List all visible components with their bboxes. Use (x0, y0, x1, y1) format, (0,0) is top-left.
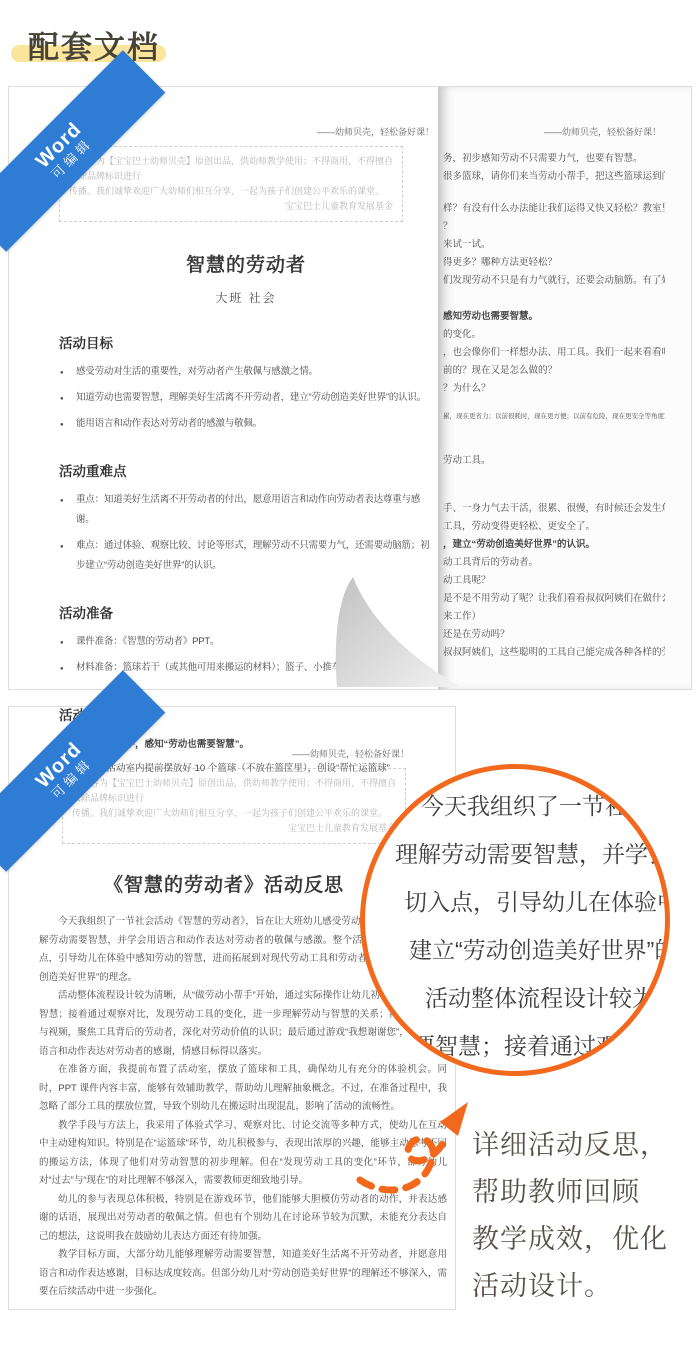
goals-list: 感受劳动对生活的重要性，对劳动者产生敬佩与感激之情。 知道劳动也需要智慧，理解美… (59, 362, 437, 434)
back-page-line: 感知劳动也需要智慧。 (443, 308, 665, 326)
magnifier-line: 切入点，引导幼儿在体验中感知劳动 (365, 878, 665, 926)
magnifier-circle: 今天我组织了一节社会活动 理解劳动需要智慧，并学会用语言 切入点，引导幼儿在体验… (360, 764, 670, 1076)
back-page-line: 前的？现在又是怎么做的？ (443, 362, 665, 380)
disclaimer-signature: 宝宝巴士儿童教育发展基金 (69, 199, 393, 214)
back-page-line: 来试一试。 (443, 236, 665, 254)
doodle-arrow-icon (348, 1072, 480, 1200)
list-item: 能用语言和动作表达对劳动者的感激与敬佩。 (59, 414, 437, 434)
disclaimer-line: 本内容为【宝宝巴士幼师贝壳】原创出品，供幼师教学使用；不得商用，不得擅自去除品牌… (72, 776, 396, 806)
back-page-line: 劳动工具。 (443, 452, 665, 470)
disclaimer-box: 本内容为【宝宝巴士幼师贝壳】原创出品，供幼师教学使用；不得商用，不得擅自去除品牌… (62, 768, 406, 844)
list-item: 难点：通过体验、观察比较、讨论等形式，理解劳动不只需要力气，还需要动脑筋；初步建… (59, 536, 437, 576)
disclaimer-signature: 宝宝巴士儿童教育发展基金 (72, 821, 396, 836)
back-page-line: ？为什么？ (443, 380, 665, 398)
back-page-line: 的变化。 (443, 326, 665, 344)
disclaimer-line: 传播。我们诚挚欢迎广大幼师们相互分享，一起为孩子们创建公平欢乐的课堂。 (72, 806, 396, 821)
page-header: 配套文档 (28, 22, 160, 67)
disclaimer-box: 本内容为【宝宝巴士幼师贝壳】原创出品，供幼师教学使用；不得商用，不得擅自去除品牌… (59, 146, 403, 222)
list-item: 重点：知道美好生活离不开劳动者的付出，愿意用语言和动作向劳动者表达尊重与感谢。 (59, 490, 437, 530)
back-page-line: 是不是不用劳动了呢？让我们看看叔叔阿姨们在做什么？（操 (443, 590, 665, 608)
caption-line: 活动设计。 (472, 1263, 668, 1310)
back-page-line: 叔叔阿姨们，这些聪明的工具自己能完成各种各样的劳动吗？ (443, 644, 665, 662)
list-item: 感受劳动对生活的重要性，对劳动者产生敬佩与感激之情。 (59, 362, 437, 382)
doc1-preview-card: Word 可编辑 ——幼师贝壳，轻松备好课！ 本内容为【宝宝巴士幼师贝壳】原创出… (8, 86, 692, 690)
magnifier-line: 活动整体流程设计较为清晰， (365, 974, 665, 1022)
back-page-line: ？ (443, 218, 665, 236)
caption-line: 帮助教师回顾 (472, 1169, 668, 1216)
back-page-line: 手、一身力气去干活，很累、很慢，有时候还会发生危险。现 (443, 500, 665, 518)
caption-text: 详细活动反思， 帮助教师回顾 教学成效，优化 活动设计。 (472, 1122, 668, 1310)
back-page-line: 动工具呢？ (443, 572, 665, 590)
disclaimer-line: 传播。我们诚挚欢迎广大幼师们相互分享，一起为孩子们创建公平欢乐的课堂。 (69, 184, 393, 199)
back-page-line: 还是在劳动吗？ (443, 626, 665, 644)
back-page-line: 们发现劳动不只是有力气就行，还要会动脑筋。有了好办法， (443, 272, 665, 290)
back-page-line: ，建立“劳动创造美好世界”的认识。 (443, 536, 665, 554)
page-title: 配套文档 (28, 22, 160, 67)
page-curl-icon (327, 573, 467, 693)
page: 配套文档 Word 可编辑 ——幼师贝壳，轻松备好课！ 本内容为【宝宝巴士幼师贝… (0, 0, 700, 1359)
back-page-line: 来工作） (443, 608, 665, 626)
doc2-paragraph: 教学目标方面，大部分幼儿能够理解劳动需要智慧，知道美好生活离不开劳动者，并愿意用… (39, 1246, 447, 1302)
magnifier-line: 理解劳动需要智慧，并学会用语言 (365, 830, 665, 878)
magnifier-line: 建立“劳动创造美好世界”的理念。 (365, 926, 665, 974)
caption-line: 教学成效，优化 (472, 1216, 668, 1263)
back-page-line: 动工具背后的劳动者。 (443, 554, 665, 572)
back-page-line: ，也会像你们一样想办法、用工具。我们一起来看看吧。 (443, 344, 665, 362)
list-item: 知道劳动也需要智慧，理解美好生活离不开劳动者，建立“劳动创造美好世界”的认识。 (59, 388, 437, 408)
back-page-line: 得更多？哪种方法更轻松？ (443, 254, 665, 272)
doc1-title: 智慧的劳动者 (59, 250, 433, 277)
doc1-back-page: ——幼师贝壳，轻松备好课！ 务，初步感知劳动不只需要力气，也要有智慧。 很多篮球… (438, 87, 691, 689)
keypoints-list: 重点：知道美好生活离不开劳动者的付出，愿意用语言和动作向劳动者表达尊重与感谢。 … (59, 490, 437, 576)
back-page-line: 累，现在更省力；以前很耗时，现在更方便；以前有危险，现在更安全等角度对比劳 (443, 408, 665, 426)
back-page-line: 工具，劳动变得更轻松、更安全了。 (443, 518, 665, 536)
back-page-line: 务，初步感知劳动不只需要力气，也要有智慧。 (443, 150, 665, 168)
brand-tagline: ——幼师贝壳，轻松备好课！ (443, 125, 665, 138)
disclaimer-line: 本内容为【宝宝巴士幼师贝壳】原创出品，供幼师教学使用；不得商用，不得擅自去除品牌… (69, 154, 393, 184)
section-heading-goals: 活动目标 (59, 332, 437, 352)
back-page-line: 很多篮球，请你们来当劳动小帮手，把这些篮球运到门口的篮 (443, 168, 665, 186)
section-heading-keypoints: 活动重难点 (59, 460, 437, 480)
doc1-subtitle: 大班 社会 (59, 289, 433, 306)
back-page-line: 样？有没有什么办法能让我们运得又快又轻松？教室里/幼儿 (443, 200, 665, 218)
caption-line: 详细活动反思， (472, 1122, 668, 1169)
magnifier-content: 今天我组织了一节社会活动 理解劳动需要智慧，并学会用语言 切入点，引导幼儿在体验… (365, 769, 665, 1076)
